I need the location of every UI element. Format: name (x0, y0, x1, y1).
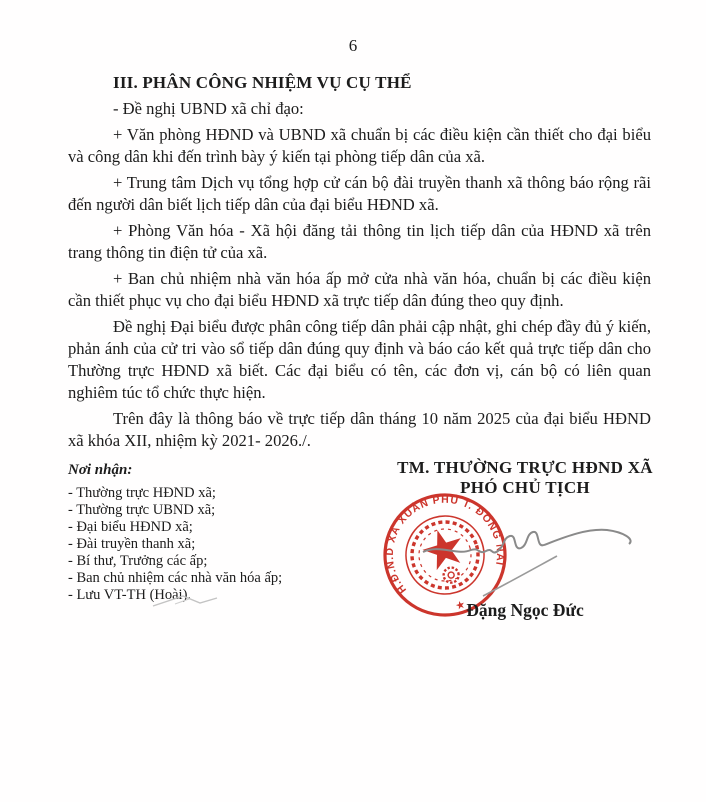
body-paragraph: + Ban chủ nhiệm nhà văn hóa ấp mở cửa nh… (68, 268, 651, 312)
document-page: 6 III. PHÂN CÔNG NHIỆM VỤ CỤ THỂ - Đề ng… (0, 0, 706, 802)
recipient-item: - Thường trực HĐND xã; (68, 485, 368, 502)
recipient-item: - Bí thư, Trưởng các ấp; (68, 553, 368, 570)
body-paragraph: + Trung tâm Dịch vụ tổng hợp cử cán bộ đ… (68, 172, 651, 216)
page-number: 6 (0, 36, 706, 56)
section-heading: III. PHÂN CÔNG NHIỆM VỤ CỤ THỂ (68, 72, 651, 94)
recipient-item: - Đại biểu HĐND xã; (68, 519, 368, 536)
recipient-item: - Ban chủ nhiệm các nhà văn hóa ấp; (68, 570, 368, 587)
body-paragraph: + Phòng Văn hóa - Xã hội đăng tải thông … (68, 220, 651, 264)
body-paragraph: Đề nghị Đại biểu được phân công tiếp dân… (68, 316, 651, 404)
signer-name: Đặng Ngọc Đức (388, 600, 662, 621)
recipient-item: - Đài truyền thanh xã; (68, 536, 368, 553)
body-paragraph: + Văn phòng HĐND và UBND xã chuẩn bị các… (68, 124, 651, 168)
recipients-label: Nơi nhận: (68, 462, 368, 479)
handwritten-signature (405, 504, 655, 604)
recipients-block: Nơi nhận: - Thường trực HĐND xã; - Thườn… (68, 462, 368, 604)
signature-org-line: TM. THƯỜNG TRỰC HĐND XÃ (388, 458, 662, 478)
pencil-check-mark (145, 588, 235, 614)
body-paragraph: Trên đây là thông báo về trực tiếp dân t… (68, 408, 651, 452)
recipient-item: - Thường trực UBND xã; (68, 502, 368, 519)
document-body: III. PHÂN CÔNG NHIỆM VỤ CỤ THỂ - Đề nghị… (68, 72, 651, 456)
body-paragraph: - Đề nghị UBND xã chỉ đạo: (68, 98, 651, 120)
